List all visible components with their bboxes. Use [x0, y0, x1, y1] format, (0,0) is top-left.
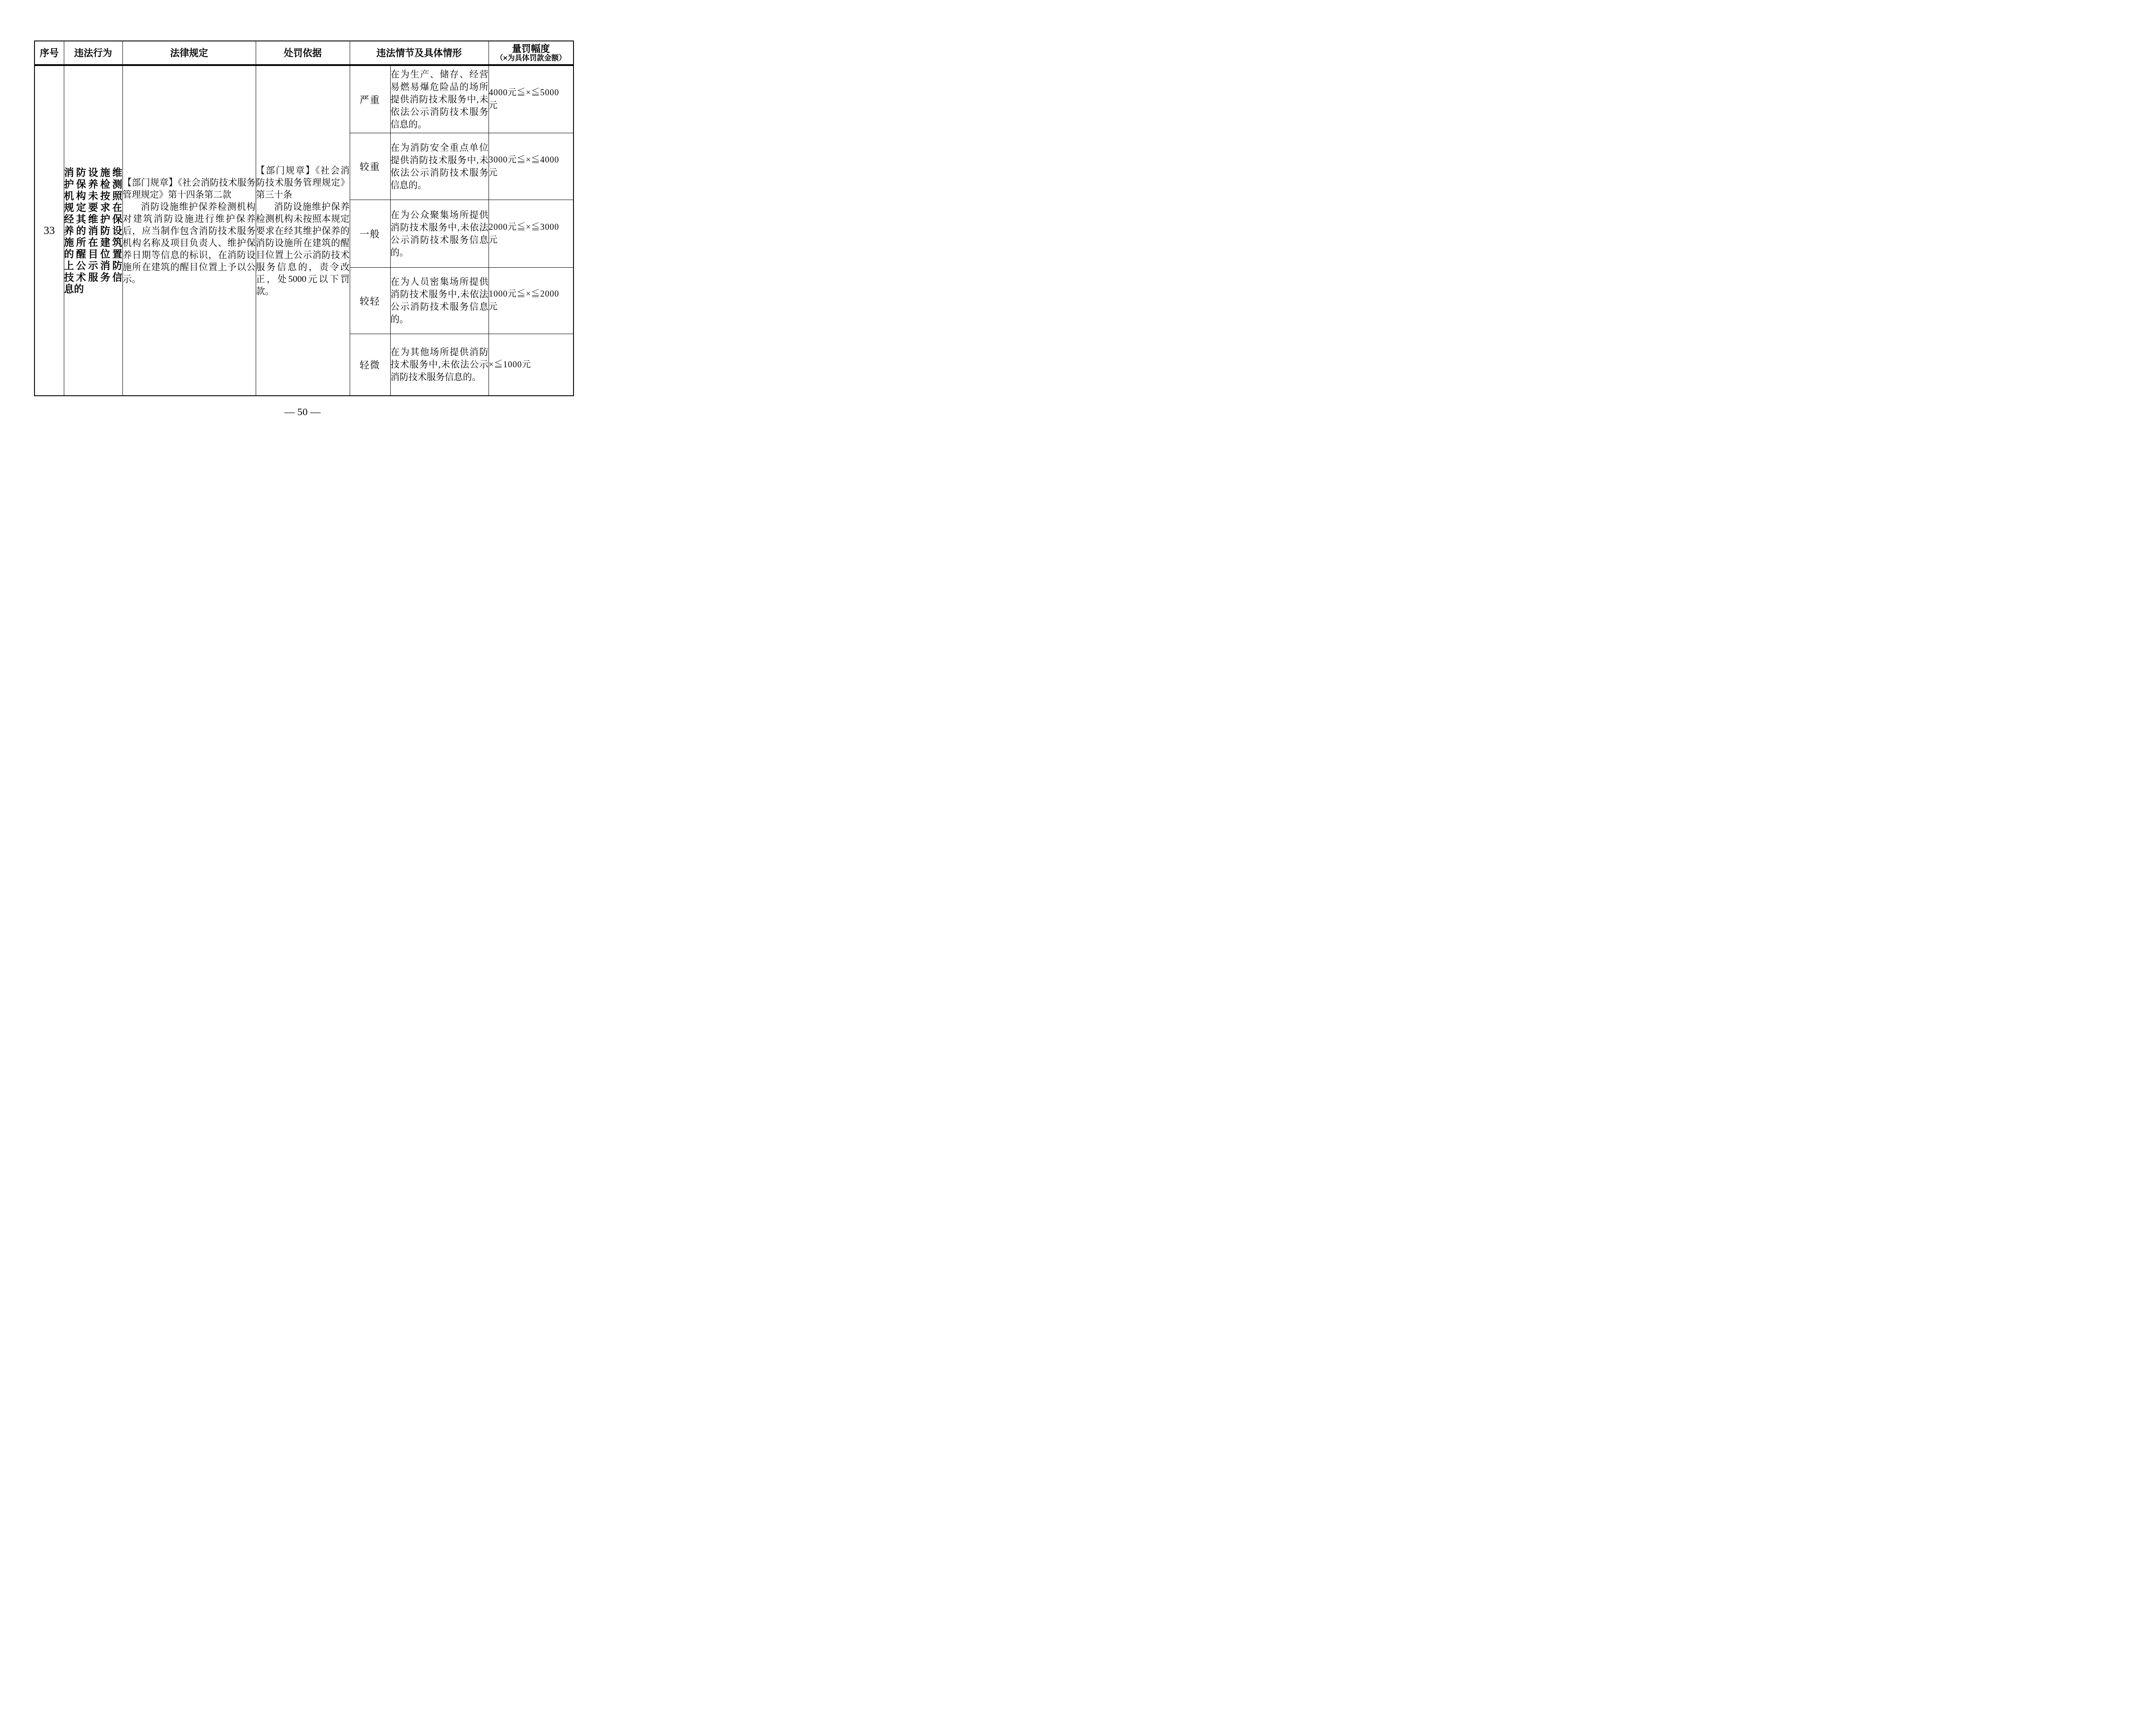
- cell-severity-level: 较重: [350, 133, 390, 200]
- header-penalty-range: 量罚幅度 （×为具体罚款金额）: [489, 41, 573, 65]
- header-basis: 处罚依据: [256, 41, 350, 65]
- cell-severity-level: 严重: [350, 65, 390, 133]
- legal-provision-title: 【部门规章】《社会消防技术服务管理规定》第十四条第二款: [123, 176, 256, 200]
- header-behavior: 违法行为: [64, 41, 122, 65]
- header-seq: 序号: [34, 41, 64, 65]
- cell-situation: 在为消防安全重点单位提供消防技术服务中,未依法公示消防技术服务信息的。: [390, 133, 489, 200]
- page-number: — 50 —: [0, 407, 605, 418]
- penalty-table: 序号 违法行为 法律规定 处罚依据 违法情节及具体情形 量罚幅度 （×为具体罚款…: [34, 41, 574, 396]
- table-row-severe: 33 消防设施维护保养检测机构未按照规定要求在经其维护保养的消防设施所在建筑的醒…: [34, 65, 573, 133]
- cell-situation: 在为人员密集场所提供消防技术服务中,未依法公示消防技术服务信息的。: [390, 267, 489, 334]
- document-page: 序号 违法行为 法律规定 处罚依据 违法情节及具体情形 量罚幅度 （×为具体罚款…: [0, 0, 605, 428]
- cell-severity-level: 轻微: [350, 334, 390, 396]
- cell-situation: 在为公众聚集场所提供消防技术服务中,未依法公示消防技术服务信息的。: [390, 200, 489, 267]
- cell-seq-number: 33: [34, 65, 64, 396]
- cell-penalty-range: 3000元≦×≦4000 元: [489, 133, 573, 200]
- cell-severity-level: 较轻: [350, 267, 390, 334]
- cell-illegal-behavior: 消防设施维护保养检测机构未按照规定要求在经其维护保养的消防设施所在建筑的醒目位置…: [64, 65, 122, 396]
- cell-situation: 在为其他场所提供消防技术服务中,未依法公示消防技术服务信息的。: [390, 334, 489, 396]
- cell-penalty-basis: 【部门规章】《社会消防技术服务管理规定》第三十条 消防设施维护保养检测机构未按照…: [256, 65, 350, 396]
- header-penalty-range-note: （×为具体罚款金额）: [489, 54, 573, 63]
- cell-severity-level: 一般: [350, 200, 390, 267]
- cell-situation: 在为生产、储存、经营易燃易爆危险品的场所提供消防技术服务中,未依法公示消防技术服…: [390, 65, 489, 133]
- penalty-basis-title: 【部门规章】《社会消防技术服务管理规定》第三十条: [256, 164, 350, 200]
- cell-penalty-range: 4000元≦×≦5000 元: [489, 65, 573, 133]
- table-header-row: 序号 违法行为 法律规定 处罚依据 违法情节及具体情形 量罚幅度 （×为具体罚款…: [34, 41, 573, 65]
- penalty-basis-body: 消防设施维护保养检测机构未按照本规定要求在经其维护保养的消防设施所在建筑的醒目位…: [256, 200, 350, 297]
- cell-penalty-range: 2000元≦×≦3000 元: [489, 200, 573, 267]
- cell-legal-provision: 【部门规章】《社会消防技术服务管理规定》第十四条第二款 消防设施维护保养检测机构…: [122, 65, 256, 396]
- cell-penalty-range: ×≦1000元: [489, 334, 573, 396]
- legal-provision-body: 消防设施维护保养检测机构对建筑消防设施进行维护保养后，应当制作包含消防技术服务机…: [123, 200, 256, 285]
- cell-penalty-range: 1000元≦×≦2000 元: [489, 267, 573, 334]
- header-circumstances: 违法情节及具体情形: [350, 41, 489, 65]
- header-law: 法律规定: [122, 41, 256, 65]
- header-penalty-range-title: 量罚幅度: [512, 43, 550, 54]
